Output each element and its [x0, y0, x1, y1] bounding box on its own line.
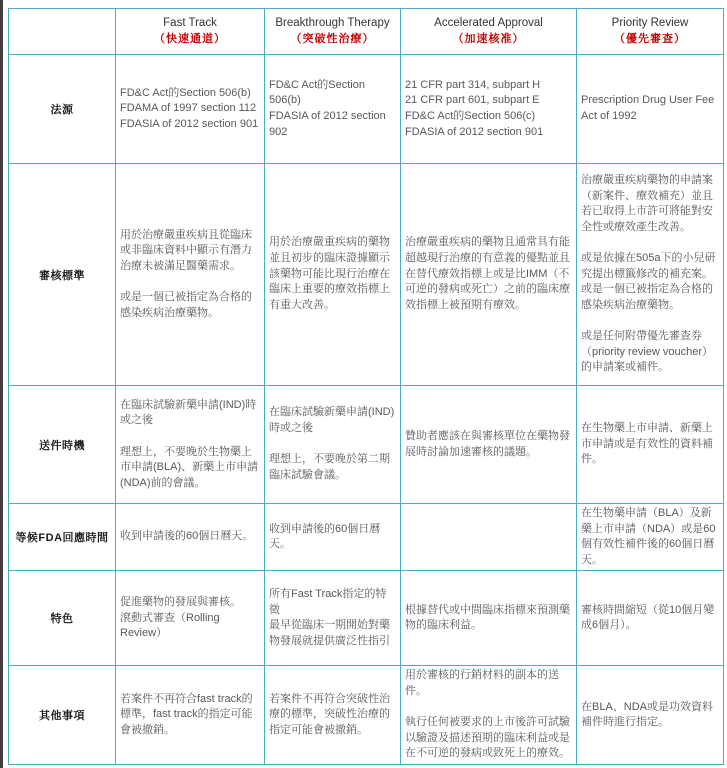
cell-legal-basis-accelerated-approval: 21 CFR part 314, subpart H 21 CFR part 6… — [401, 55, 577, 164]
fda-expedited-pathways-table: Fast Track （快速通道） Breakthrough Therapy （… — [8, 8, 724, 765]
row-label-submission-timing: 送件時機 — [9, 386, 116, 504]
row-label-features: 特色 — [9, 571, 116, 666]
cell-fda-response-time-fast-track: 收到申請後的60個日曆天。 — [116, 504, 265, 571]
column-header-chinese: （突破性治療） — [269, 32, 396, 47]
table-row-submission-timing: 送件時機 在臨床試驗新藥申請(IND)時或之後 理想上，不要晚於生物藥上市申請(… — [9, 386, 724, 504]
table-row-legal-basis: 法源 FD&C Act的Section 506(b) FDAMA of 1997… — [9, 55, 724, 164]
column-header-english: Breakthrough Therapy — [269, 16, 396, 32]
column-header-chinese: （優先審查） — [581, 32, 719, 47]
cell-features-accelerated-approval: 根據替代或中間臨床指標來預測藥物的臨床利益。 — [401, 571, 577, 666]
cell-other-notes-breakthrough-therapy: 若案件不再符合突破性治療的標準，突破性治療的指定可能會被撤銷。 — [265, 666, 401, 765]
cell-other-notes-fast-track: 若案件不再符合fast track的標準，fast track的指定可能會被撤銷… — [116, 666, 265, 765]
cell-submission-timing-fast-track: 在臨床試驗新藥申請(IND)時或之後 理想上，不要晚於生物藥上市申請(BLA)、… — [116, 386, 265, 504]
cell-features-priority-review: 審核時間縮短（從10個月變成6個月）。 — [577, 571, 724, 666]
cell-fda-response-time-priority-review: 在生物藥申請（BLA）及新藥上市申請（NDA）或是60個有效性補件後的60個日曆… — [577, 504, 724, 571]
cell-features-fast-track: 促進藥物的發展與審核。 滾動式審查（Rolling Review） — [116, 571, 265, 666]
table-row-review-criteria: 審核標準 用於治療嚴重疾病且從臨床或非臨床資料中顯示有潛力治療未被滿足醫藥需求。… — [9, 164, 724, 386]
column-header-priority-review: Priority Review （優先審查） — [577, 9, 724, 55]
cell-review-criteria-accelerated-approval: 治療嚴重疾病的藥物且通常具有能超越現行治療的有意義的優點並且在替代療效指標上或是… — [401, 164, 577, 386]
cell-submission-timing-priority-review: 在生物藥上市申請、新藥上市申請或是有效性的資料補件。 — [577, 386, 724, 504]
cell-legal-basis-fast-track: FD&C Act的Section 506(b) FDAMA of 1997 se… — [116, 55, 265, 164]
cell-fda-response-time-breakthrough-therapy: 收到申請後的60個日曆天。 — [265, 504, 401, 571]
window-left-edge — [0, 0, 3, 768]
column-header-chinese: （快速通道） — [120, 32, 260, 47]
column-header-english: Priority Review — [581, 16, 719, 32]
table-row-features: 特色 促進藥物的發展與審核。 滾動式審查（Rolling Review） 所有F… — [9, 571, 724, 666]
table-row-fda-response-time: 等候FDA回應時間 收到申請後的60個日曆天。 收到申請後的60個日曆天。 在生… — [9, 504, 724, 571]
corner-cell — [9, 9, 116, 55]
column-header-fast-track: Fast Track （快速通道） — [116, 9, 265, 55]
row-label-other-notes: 其他事項 — [9, 666, 116, 765]
cell-fda-response-time-accelerated-approval — [401, 504, 577, 571]
cell-submission-timing-breakthrough-therapy: 在臨床試驗新藥申請(IND)時或之後 理想上，不要晚於第二期臨床試驗會議。 — [265, 386, 401, 504]
cell-review-criteria-fast-track: 用於治療嚴重疾病且從臨床或非臨床資料中顯示有潛力治療未被滿足醫藥需求。 或是一個… — [116, 164, 265, 386]
column-header-chinese: （加速核准） — [405, 32, 572, 47]
cell-review-criteria-breakthrough-therapy: 用於治療嚴重疾病的藥物並且初步的臨床證據顯示該藥物可能比現行治療在臨床上重要的療… — [265, 164, 401, 386]
header-row: Fast Track （快速通道） Breakthrough Therapy （… — [9, 9, 724, 55]
table-row-other-notes: 其他事項 若案件不再符合fast track的標準，fast track的指定可… — [9, 666, 724, 765]
cell-legal-basis-priority-review: Prescription Drug User Fee Act of 1992 — [577, 55, 724, 164]
cell-other-notes-accelerated-approval: 用於審核的行銷材料的副本的送件。 執行任何被要求的上市後許可試驗以驗證及描述預期… — [401, 666, 577, 765]
cell-other-notes-priority-review: 在BLA、NDA或是功效資料補件時進行指定。 — [577, 666, 724, 765]
column-header-accelerated-approval: Accelerated Approval （加速核准） — [401, 9, 577, 55]
cell-submission-timing-accelerated-approval: 贊助者應該在與審核單位在藥物發展時討論加速審核的議題。 — [401, 386, 577, 504]
row-label-legal-basis: 法源 — [9, 55, 116, 164]
column-header-breakthrough-therapy: Breakthrough Therapy （突破性治療） — [265, 9, 401, 55]
cell-review-criteria-priority-review: 治療嚴重疾病藥物的申請案（新案件、療效補充）並且若已取得上市許可將能對安全性或療… — [577, 164, 724, 386]
row-label-fda-response-time: 等候FDA回應時間 — [9, 504, 116, 571]
column-header-english: Accelerated Approval — [405, 16, 572, 32]
cell-legal-basis-breakthrough-therapy: FD&C Act的Section 506(b) FDASIA of 2012 s… — [265, 55, 401, 164]
cell-features-breakthrough-therapy: 所有Fast Track指定的特徵 最早從臨床一期開始對藥物發展就提供廣泛性指引 — [265, 571, 401, 666]
column-header-english: Fast Track — [120, 16, 260, 32]
row-label-review-criteria: 審核標準 — [9, 164, 116, 386]
